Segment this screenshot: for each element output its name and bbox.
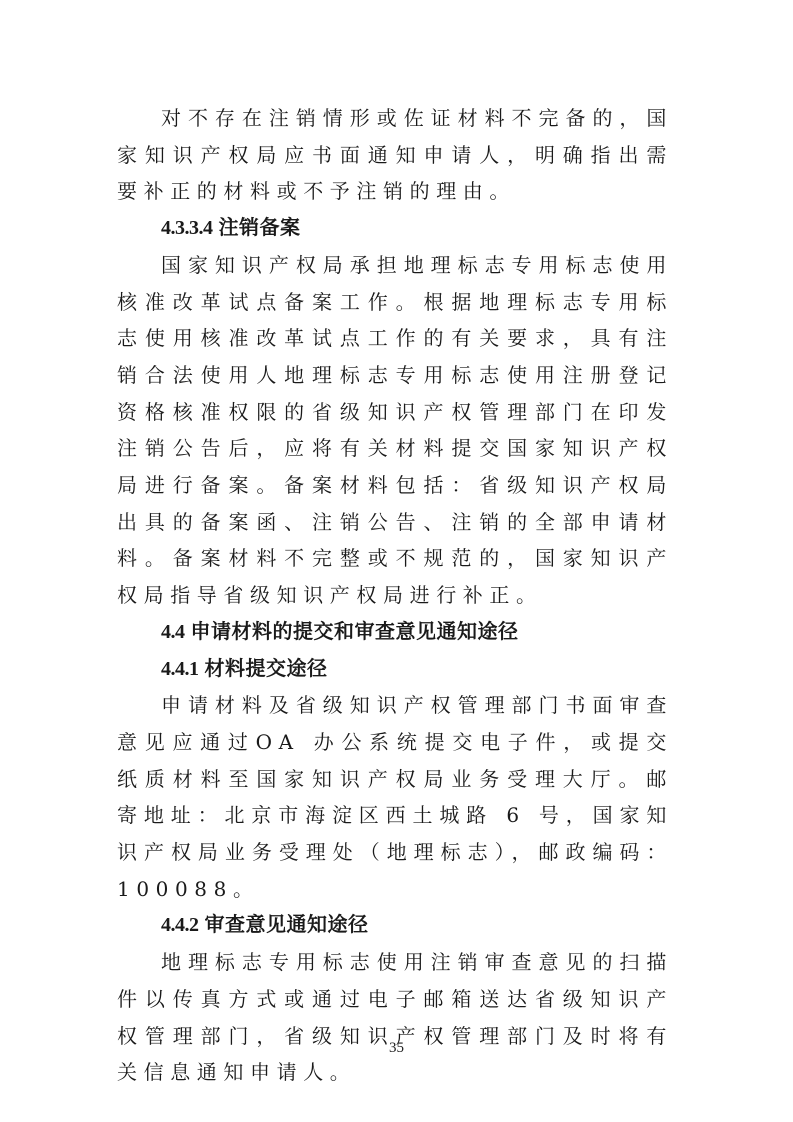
heading-4-4-1: 4.4.1材料提交途径	[117, 651, 673, 688]
paragraph-submission-channels: 申请材料及省级知识产权管理部门书面审查意见应通过OA 办公系统提交电子件，或提交…	[117, 687, 673, 907]
heading-title: 材料提交途径	[205, 658, 328, 680]
heading-4-4: 4.4申请材料的提交和审查意见通知途径	[117, 614, 673, 651]
paragraph-incomplete-materials: 对不存在注销情形或佐证材料不完备的，国家知识产权局应书面通知申请人，明确指出需要…	[117, 100, 673, 210]
heading-number: 4.4	[161, 621, 185, 643]
heading-number: 4.4.2	[161, 914, 199, 936]
page-number: 35	[0, 1040, 793, 1057]
heading-number: 4.3.3.4	[161, 217, 213, 239]
paragraph-review-notification: 地理标志专用标志使用注销审查意见的扫描件以传真方式或通过电子邮箱送达省级知识产权…	[117, 944, 673, 1091]
heading-4-3-3-4: 4.3.3.4注销备案	[117, 210, 673, 247]
heading-title: 申请材料的提交和审查意见通知途径	[191, 621, 519, 643]
heading-title: 审查意见通知途径	[205, 914, 369, 936]
heading-4-4-2: 4.4.2审查意见通知途径	[117, 907, 673, 944]
heading-title: 注销备案	[219, 217, 301, 239]
document-page: 对不存在注销情形或佐证材料不完备的，国家知识产权局应书面通知申请人，明确指出需要…	[117, 100, 673, 1091]
paragraph-cancellation-filing: 国家知识产权局承担地理标志专用标志使用核准改革试点备案工作。根据地理标志专用标志…	[117, 247, 673, 614]
heading-number: 4.4.1	[161, 658, 199, 680]
